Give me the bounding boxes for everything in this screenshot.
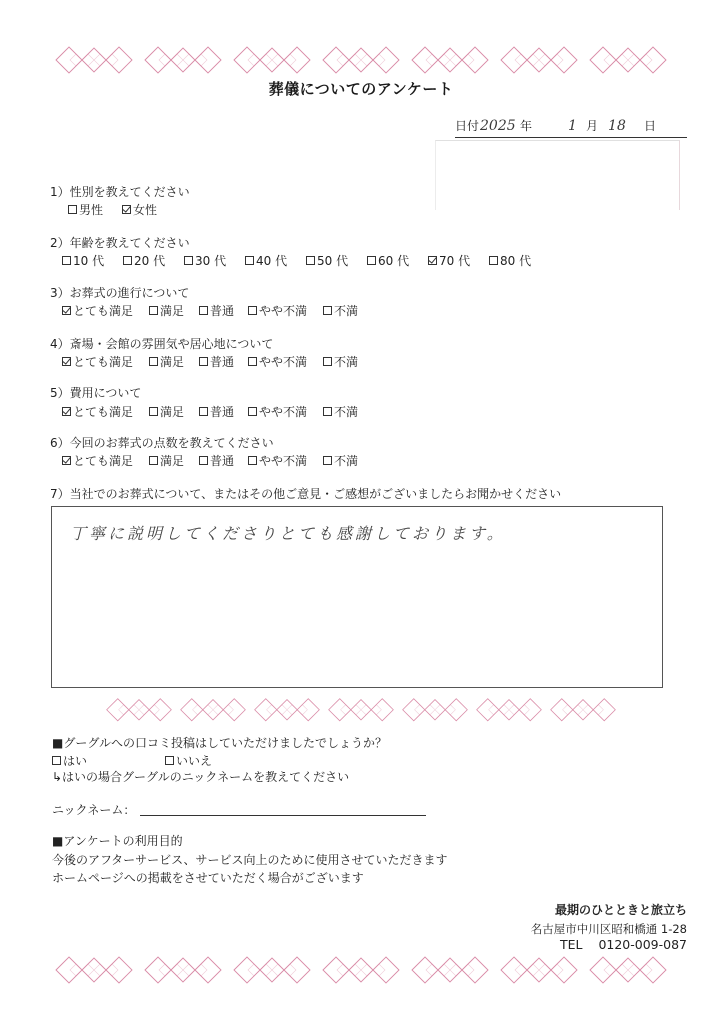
nickname-prompt: ↳はいの場合グーグルのニックネームを教えてください [52, 768, 349, 785]
question-2-label: 2）年齢を教えてください [50, 234, 190, 251]
option-yes[interactable]: はい [52, 752, 165, 769]
option-satisfied[interactable]: 満足 [149, 452, 199, 469]
tel-number: 0120-009-087 [598, 937, 687, 952]
company-address: 名古屋市中川区昭和橋通 1-28 [531, 921, 687, 937]
option-somewhat-dissatisfied[interactable]: やや不満 [248, 403, 323, 420]
date-month-unit: 月 [586, 117, 598, 134]
option-female[interactable]: 女性 [122, 201, 157, 218]
date-field[interactable]: 日付 2025 年 1 月 18 日 [455, 116, 687, 138]
middle-decorative-border [0, 697, 722, 727]
checkbox-icon[interactable] [323, 407, 332, 416]
option-age-70s[interactable]: 70 代 [428, 252, 489, 269]
checkbox-checked-icon[interactable] [122, 205, 131, 214]
diamond-ornament-icon [321, 955, 401, 985]
question-7-label: 7）当社でのお葬式について、またはその他ご意見・ご感想がございましたらお聞かせく… [50, 485, 561, 502]
comment-handwritten-text: 丁寧に説明してくださりとても感謝しております。 [70, 521, 506, 544]
diamond-ornament-icon [105, 697, 173, 723]
checkbox-checked-icon[interactable] [62, 407, 71, 416]
company-tel: TEL 0120-009-087 [560, 937, 687, 952]
option-dissatisfied[interactable]: 不満 [323, 452, 358, 469]
diamond-ornament-icon [232, 45, 312, 75]
option-age-30s[interactable]: 30 代 [184, 252, 245, 269]
checkbox-icon[interactable] [248, 407, 257, 416]
diamond-ornament-icon [327, 697, 395, 723]
checkbox-icon[interactable] [149, 306, 158, 315]
option-age-60s[interactable]: 60 代 [367, 252, 428, 269]
checkbox-icon[interactable] [306, 256, 315, 265]
date-day-value[interactable]: 18 [608, 118, 636, 134]
checkbox-checked-icon[interactable] [62, 456, 71, 465]
option-age-80s[interactable]: 80 代 [489, 252, 531, 269]
option-neutral[interactable]: 普通 [199, 302, 248, 319]
top-decorative-border [0, 45, 722, 75]
date-year-unit: 年 [520, 117, 532, 134]
diamond-ornament-icon [54, 955, 134, 985]
checkbox-icon[interactable] [165, 756, 174, 765]
google-review-question: ■グーグルへの口コミ投稿はしていただけましたでしょうか？ [52, 734, 387, 751]
checkbox-icon[interactable] [149, 456, 158, 465]
checkbox-icon[interactable] [248, 456, 257, 465]
bottom-decorative-border [0, 955, 722, 985]
diamond-ornament-icon [410, 45, 490, 75]
option-no[interactable]: いいえ [165, 752, 212, 769]
option-dissatisfied[interactable]: 不満 [323, 302, 358, 319]
option-male[interactable]: 男性 [68, 201, 122, 218]
question-4-label: 4）斎場・会館の雰囲気や居心地について [50, 335, 273, 352]
option-somewhat-dissatisfied[interactable]: やや不満 [248, 452, 323, 469]
diamond-ornament-icon [143, 955, 223, 985]
checkbox-icon[interactable] [323, 456, 332, 465]
option-very-satisfied[interactable]: とても満足 [62, 452, 149, 469]
option-age-40s[interactable]: 40 代 [245, 252, 306, 269]
diamond-ornament-icon [588, 955, 668, 985]
question-1-label: 1）性別を教えてください [50, 183, 190, 200]
option-satisfied[interactable]: 満足 [149, 302, 199, 319]
option-age-50s[interactable]: 50 代 [306, 252, 367, 269]
option-satisfied[interactable]: 満足 [149, 353, 199, 370]
nickname-input[interactable] [140, 815, 426, 816]
question-2-options: 10 代 20 代 30 代 40 代 50 代 60 代 70 代 80 代 [62, 252, 531, 269]
option-age-20s[interactable]: 20 代 [123, 252, 184, 269]
option-very-satisfied[interactable]: とても満足 [62, 353, 149, 370]
option-somewhat-dissatisfied[interactable]: やや不満 [248, 302, 323, 319]
checkbox-icon[interactable] [248, 306, 257, 315]
checkbox-icon[interactable] [199, 306, 208, 315]
google-review-options: はい いいえ [52, 752, 212, 769]
diamond-ornament-icon [253, 697, 321, 723]
question-3-options: とても満足 満足 普通 やや不満 不満 [62, 302, 358, 319]
diamond-ornament-icon [232, 955, 312, 985]
option-somewhat-dissatisfied[interactable]: やや不満 [248, 353, 323, 370]
usage-heading: ■アンケートの利用目的 [52, 832, 183, 849]
checkbox-checked-icon[interactable] [62, 306, 71, 315]
option-dissatisfied[interactable]: 不満 [323, 403, 358, 420]
question-1-options: 男性 女性 [68, 201, 157, 218]
option-dissatisfied[interactable]: 不満 [323, 353, 358, 370]
comment-textarea[interactable]: 丁寧に説明してくださりとても感謝しております。 [51, 506, 663, 688]
checkbox-icon[interactable] [62, 256, 71, 265]
checkbox-icon[interactable] [367, 256, 376, 265]
question-4-options: とても満足 満足 普通 やや不満 不満 [62, 353, 358, 370]
diamond-ornament-icon [499, 45, 579, 75]
checkbox-icon[interactable] [489, 256, 498, 265]
date-year-value[interactable]: 2025 [480, 118, 514, 134]
question-6-label: 6）今回のお葬式の点数を教えてください [50, 434, 274, 451]
option-neutral[interactable]: 普通 [199, 353, 248, 370]
diamond-ornament-icon [179, 697, 247, 723]
page-title: 葬儀についてのアンケート [0, 78, 722, 99]
option-neutral[interactable]: 普通 [199, 403, 248, 420]
checkbox-checked-icon[interactable] [428, 256, 437, 265]
diamond-ornament-icon [499, 955, 579, 985]
date-label: 日付 [455, 117, 479, 134]
checkbox-icon[interactable] [245, 256, 254, 265]
option-age-10s[interactable]: 10 代 [62, 252, 123, 269]
option-satisfied[interactable]: 満足 [149, 403, 199, 420]
diamond-ornament-icon [588, 45, 668, 75]
option-very-satisfied[interactable]: とても満足 [62, 403, 149, 420]
checkbox-icon[interactable] [68, 205, 77, 214]
diamond-ornament-icon [549, 697, 617, 723]
checkbox-icon[interactable] [149, 357, 158, 366]
usage-line-2: ホームページへの掲載をさせていただく場合がございます [52, 869, 364, 886]
nickname-label: ニックネーム： [52, 801, 135, 818]
option-neutral[interactable]: 普通 [199, 452, 248, 469]
question-5-label: 5）費用について [50, 384, 141, 401]
question-3-label: 3）お葬式の進行について [50, 284, 189, 301]
checkbox-icon[interactable] [323, 357, 332, 366]
diamond-ornament-icon [321, 45, 401, 75]
usage-line-1: 今後のアフターサービス、サービス向上のために使用させていただきます [52, 851, 448, 868]
tel-label: TEL [560, 937, 583, 952]
diamond-ornament-icon [475, 697, 543, 723]
checkbox-icon[interactable] [248, 357, 257, 366]
checkbox-icon[interactable] [199, 407, 208, 416]
checkbox-icon[interactable] [199, 456, 208, 465]
date-month-value[interactable]: 1 [568, 118, 582, 134]
checkbox-icon[interactable] [149, 407, 158, 416]
question-5-options: とても満足 満足 普通 やや不満 不満 [62, 403, 358, 420]
checkbox-icon[interactable] [184, 256, 193, 265]
diamond-ornament-icon [401, 697, 469, 723]
diamond-ornament-icon [410, 955, 490, 985]
checkbox-icon[interactable] [323, 306, 332, 315]
company-name: 最期のひとときと旅立ち [555, 901, 687, 918]
stamp-area [435, 140, 680, 210]
diamond-ornament-icon [143, 45, 223, 75]
checkbox-checked-icon[interactable] [62, 357, 71, 366]
checkbox-icon[interactable] [52, 756, 61, 765]
question-6-options: とても満足 満足 普通 やや不満 不満 [62, 452, 358, 469]
checkbox-icon[interactable] [123, 256, 132, 265]
diamond-ornament-icon [54, 45, 134, 75]
date-day-unit: 日 [644, 117, 656, 134]
checkbox-icon[interactable] [199, 357, 208, 366]
option-very-satisfied[interactable]: とても満足 [62, 302, 149, 319]
